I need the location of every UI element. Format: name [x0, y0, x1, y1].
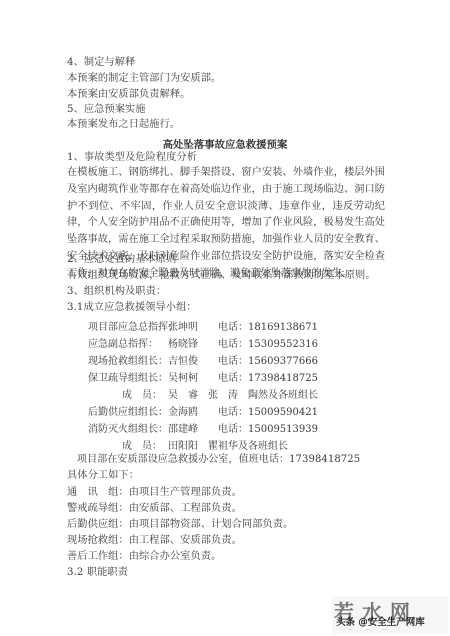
section-4-line-2: 本预案由安质部负责解释。: [67, 89, 190, 101]
section-5-line-1: 本预案发布之日起施行。: [67, 119, 180, 131]
roster-name: 杨晓锋: [168, 335, 198, 350]
roster-row: 消防灭火组组长： 邵建峰 电话：15009513939: [0, 420, 450, 432]
division-item: 警戒疏导组：由安质部、工程部负责。: [67, 503, 242, 515]
roster-phone: 电话：15309552316: [218, 335, 318, 350]
watermark: 若水网 头条 @安全生产网库 — — —: [332, 596, 448, 634]
roster-role: 后勤供应组组长：: [88, 403, 168, 418]
roster-role: 项目部应急总指挥：: [88, 318, 178, 333]
division-heading: 具体分工如下：: [67, 470, 139, 482]
members-row: 成 员： 田阳阳 瞿祖华及各班组长: [0, 437, 450, 449]
members-row: 成 员： 吴 睿 张 涛 陶然及各班组长: [0, 386, 450, 398]
roster-phone: 电话：15009590421: [218, 403, 318, 418]
section-4-line-1: 本预案的制定主管部门为安质部。: [67, 73, 221, 85]
paragraph-2: 有效组织现场资源，抢救方式正确、及时联系外部救助的基本原则。: [67, 270, 376, 282]
heading-3-2: 3.2 职能职责: [67, 567, 128, 579]
roster-name: 张坤明: [168, 318, 198, 333]
roster-name: 邵建峰: [168, 420, 198, 435]
roster-name: 金海鸥: [168, 403, 198, 418]
roster-phone: 电话：15009513939: [218, 420, 318, 435]
roster-row: 现场抢救组组长： 吉恒俊 电话：15609377666: [0, 352, 450, 364]
division-item: 现场抢救组：由工程部、安质部负责。: [67, 535, 242, 547]
roster-role: 现场抢救组组长：: [88, 352, 168, 367]
heading-2: 2、应急处置的基本原则: [67, 254, 176, 266]
watermark-decoration: — — —: [348, 627, 393, 632]
heading-3: 3、组织机构及职责：: [67, 286, 166, 298]
roster-row: 保卫疏导组组长： 吴柯柯 电话：17398418725: [0, 369, 450, 381]
office-line: 项目部在安质部设应急救援办公室，值班电话：17398418725: [77, 454, 360, 466]
roster-phone: 电话：15609377666: [218, 352, 318, 367]
roster-role: 应急副总指挥：: [88, 335, 158, 350]
roster-name: 吴柯柯: [168, 369, 198, 384]
heading-3-1: 3.1成立应急救援领导小组：: [67, 302, 197, 314]
roster-row: 应急副总指挥： 杨晓锋 电话：15309552316: [0, 335, 450, 347]
roster-role: 消防灭火组组长：: [88, 420, 168, 435]
members-list: 田阳阳 瞿祖华及各班组长: [168, 437, 288, 452]
roster-row: 后勤供应组组长： 金海鸥 电话：15009590421: [0, 403, 450, 415]
division-item: 通 讯 组：由项目生产管理部负责。: [67, 487, 242, 499]
document-title: 高处坠落事故应急救援预案: [0, 136, 450, 151]
heading-1: 1、事故类型及危险程度分析: [67, 152, 197, 164]
section-4-heading: 4、制定与解释: [67, 57, 135, 69]
members-label: 成 员：: [122, 386, 162, 401]
roster-name: 吉恒俊: [168, 352, 198, 367]
roster-row: 项目部应急总指挥： 张坤明 电话：18169138671: [0, 318, 450, 330]
roster-role: 保卫疏导组组长：: [88, 369, 168, 384]
division-item: 后勤供应组：由项目部物资部、计划合同部负责。: [67, 519, 293, 531]
roster-phone: 电话：18169138671: [218, 318, 318, 333]
watermark-text: 头条 @安全生产网库: [336, 614, 425, 628]
division-item: 善后工作组：由综合办公室负责。: [67, 551, 221, 563]
document-page: 4、制定与解释 本预案的制定主管部门为安质部。 本预案由安质部负责解释。 5、应…: [0, 0, 450, 636]
roster-phone: 电话：17398418725: [218, 369, 318, 384]
members-label: 成 员：: [122, 437, 162, 452]
section-5-heading: 5、应急预案实施: [67, 104, 146, 116]
members-list: 吴 睿 张 涛 陶然及各班组长: [168, 386, 318, 401]
